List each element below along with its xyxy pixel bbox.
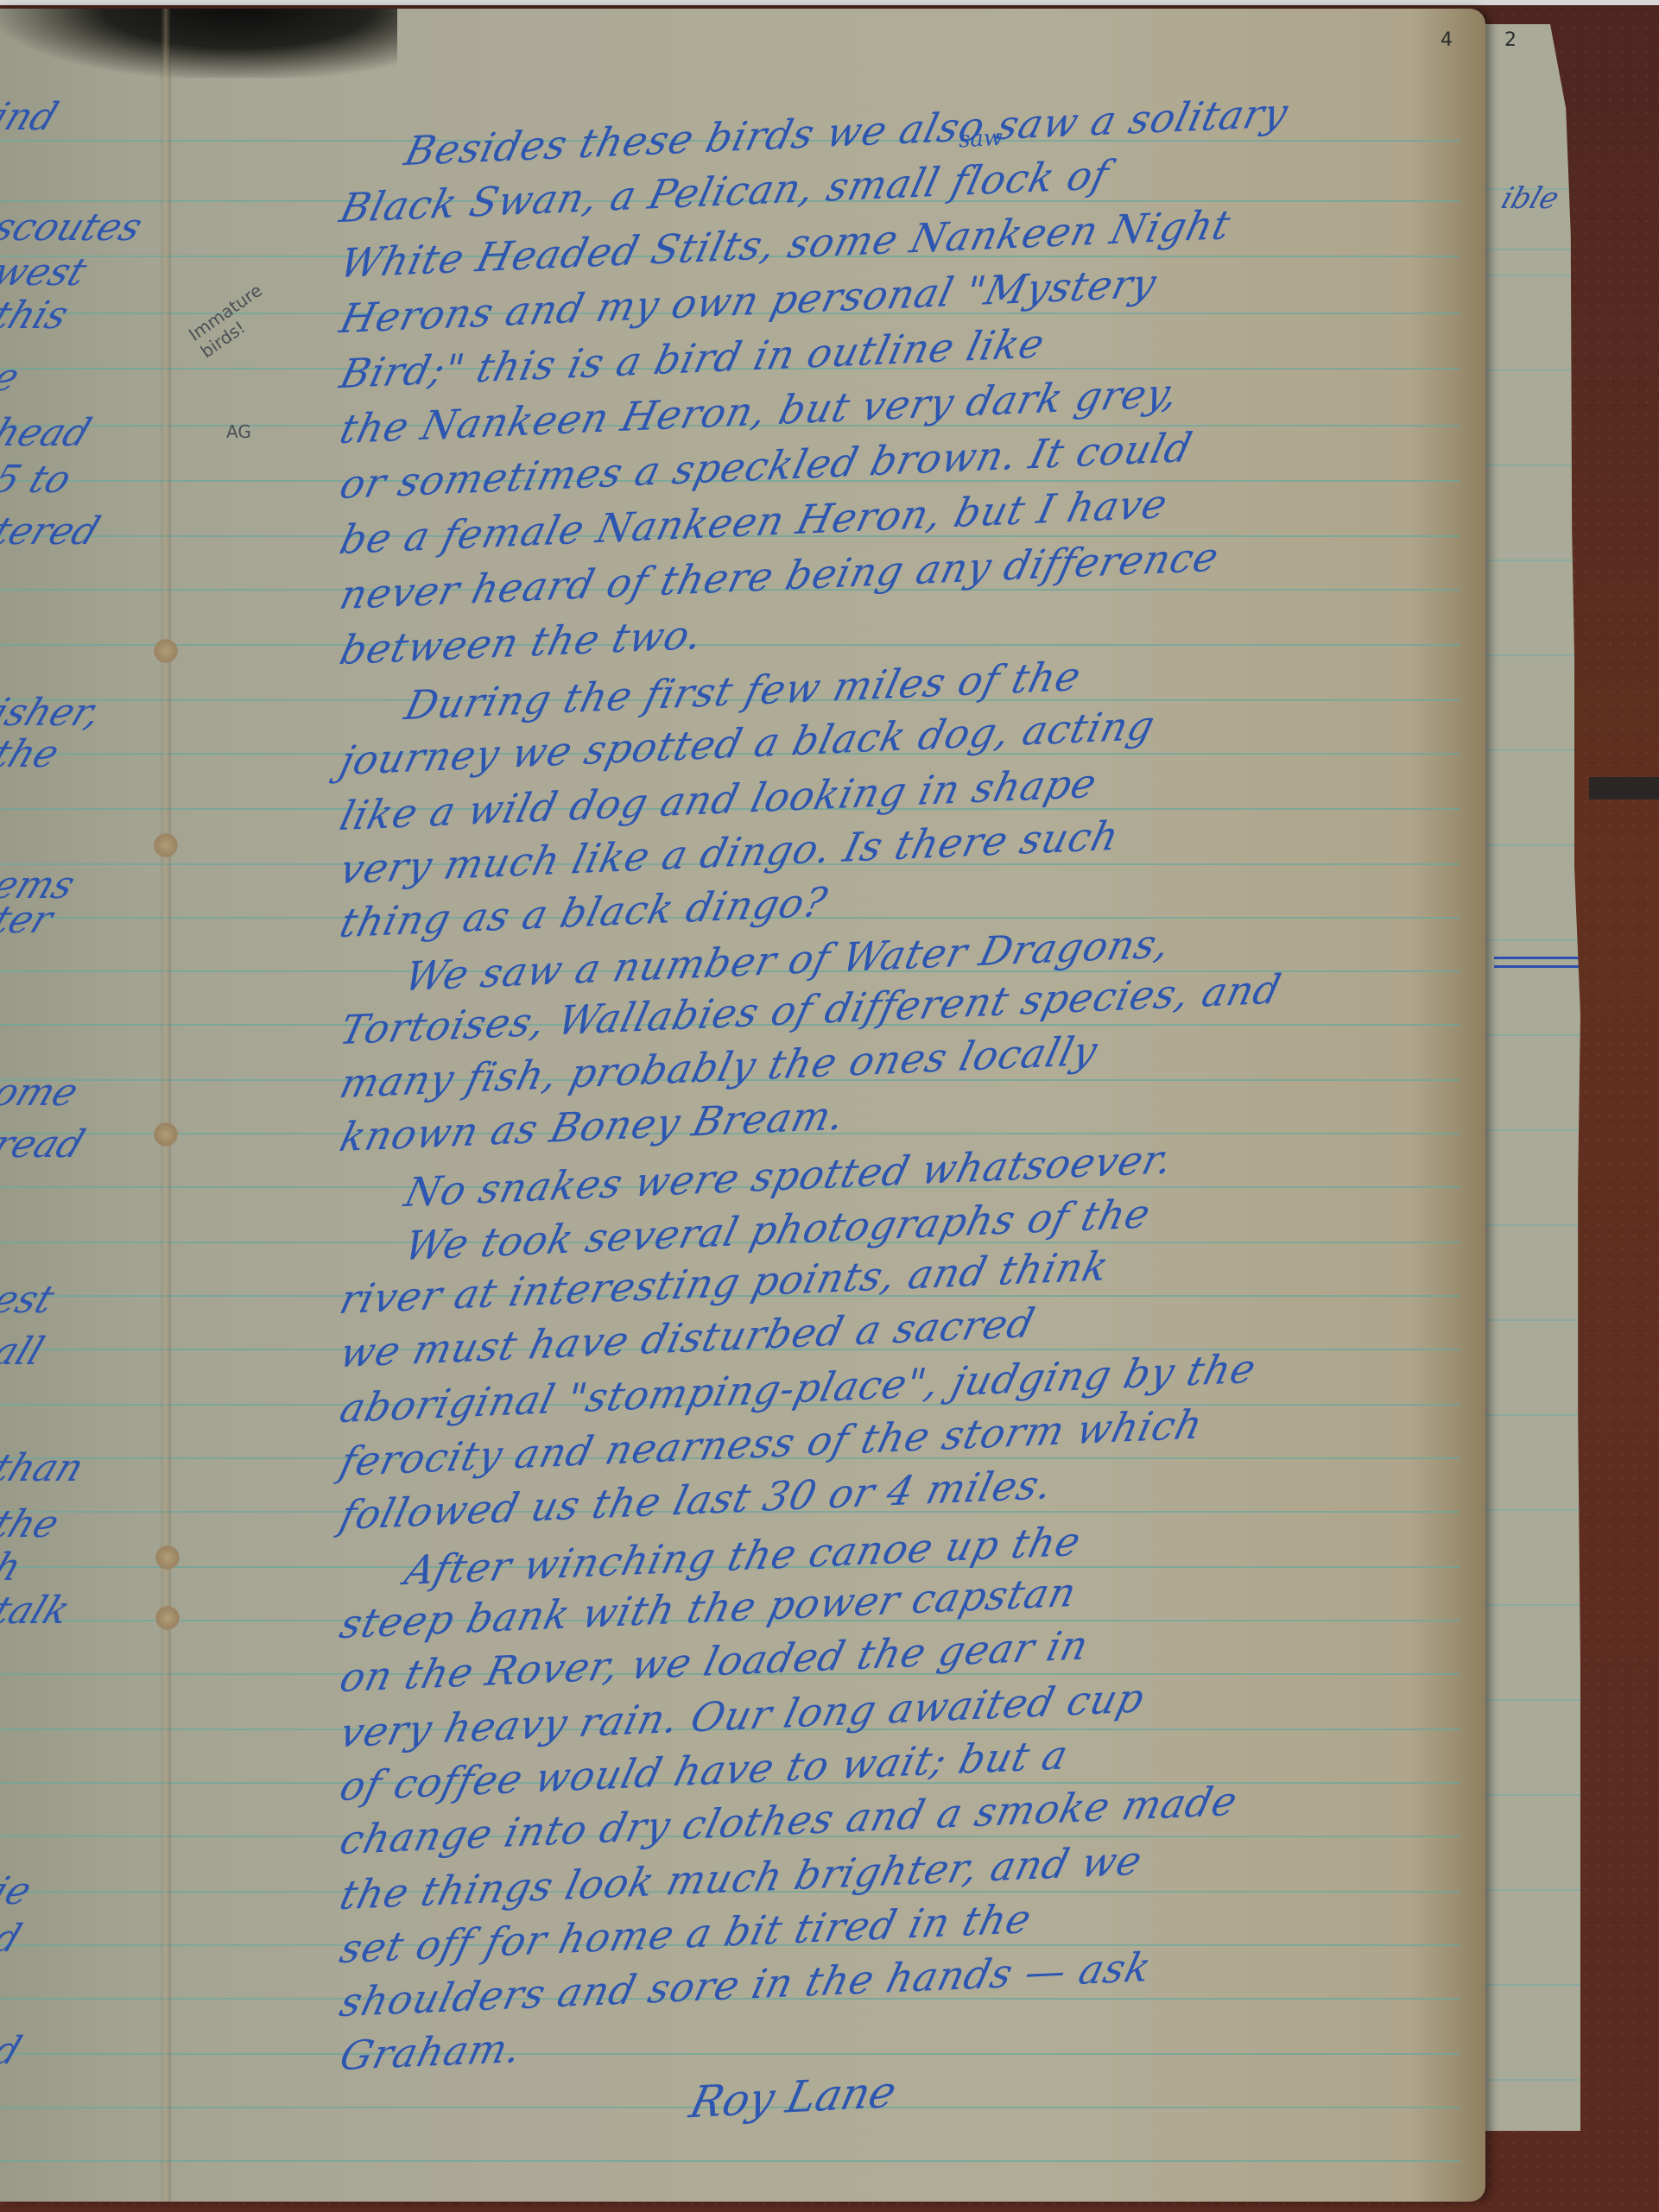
shadow [0,9,397,78]
double-underline [1494,965,1589,968]
staple [154,1122,178,1147]
page-number: 4 [1441,29,1453,51]
left-page-fragment: tered [0,509,105,553]
left-page-fragment: west [0,250,92,294]
staple [155,1606,180,1630]
staple [154,639,178,663]
back-page-number: 2 [1504,29,1517,51]
back-page-fragment: ible [1498,181,1564,216]
double-underline [1494,957,1589,959]
annotation-initials: AG [226,421,251,442]
staple [154,833,178,857]
left-page-fragment: isher, [0,691,107,735]
notebook-spine [161,9,171,2202]
staple [155,1545,180,1570]
photo-top-edge [0,0,1659,5]
text-line: Graham. [335,2025,526,2080]
left-page-fragment: scoutes [0,205,149,250]
brick-grout [1589,777,1659,799]
left-page-fragment: head [0,411,97,455]
